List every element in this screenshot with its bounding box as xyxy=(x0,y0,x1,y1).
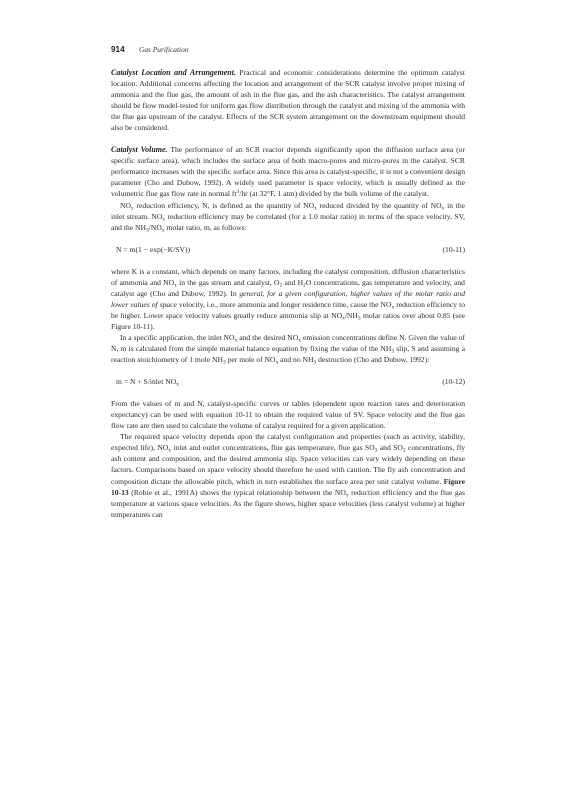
page-number: 914 xyxy=(111,44,139,55)
paragraph-required-space-velocity: The required space velocity depends upon… xyxy=(111,431,465,519)
section-heading-location: Catalyst Location and Arrangement. xyxy=(111,68,236,77)
paragraph-catalyst-location: Catalyst Location and Arrangement. Pract… xyxy=(111,67,465,133)
equation-expression: m = N + S/inlet NOx xyxy=(116,376,179,387)
section-heading-volume: Catalyst Volume. xyxy=(111,145,168,154)
paragraph-efficiency: NOx reduction efficiency, N, is defined … xyxy=(111,200,465,233)
running-header: 914 Gas Purification xyxy=(111,44,465,55)
equation-expression: N = m(1 − exp(−K/SV)) xyxy=(116,244,190,255)
document-page: 914 Gas Purification Catalyst Location a… xyxy=(111,44,465,520)
paragraph-specific-application: In a specific application, the inlet NOx… xyxy=(111,332,465,365)
paragraph-catalyst-volume: Catalyst Volume. The performance of an S… xyxy=(111,144,465,199)
equation-10-11: N = m(1 − exp(−K/SV)) (10-11) xyxy=(111,244,465,255)
running-title: Gas Purification xyxy=(139,44,188,55)
paragraph-from-values: From the values of m and N, catalyst-spe… xyxy=(111,398,465,431)
equation-10-12: m = N + S/inlet NOx (10-12) xyxy=(111,376,465,387)
paragraph-where-k: where K is a constant, which depends on … xyxy=(111,266,465,332)
equation-number: (10-12) xyxy=(442,376,465,387)
equation-number: (10-11) xyxy=(443,244,466,255)
